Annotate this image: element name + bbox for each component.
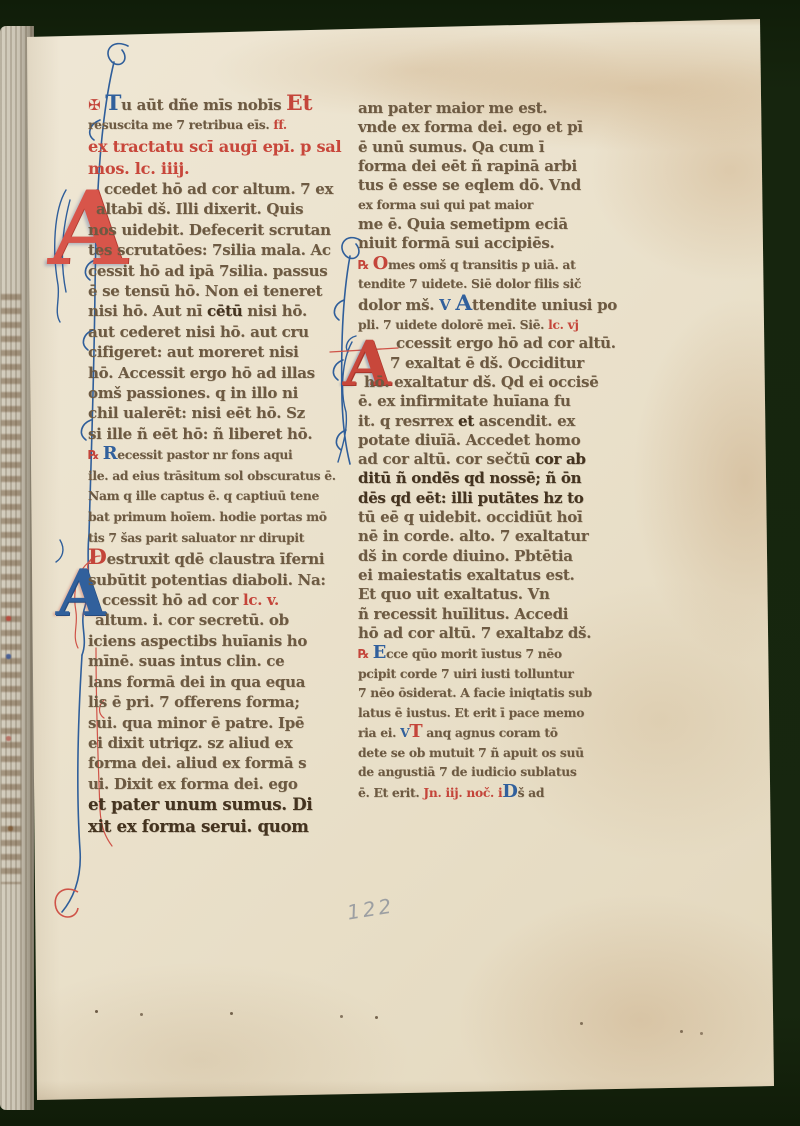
- text-segment: E: [373, 642, 386, 663]
- text-segment: A: [455, 291, 472, 316]
- text-segment: D: [88, 545, 107, 570]
- text-segment: ccessit ergo hō ad cor altū.: [396, 334, 616, 352]
- text-segment: et: [458, 412, 474, 430]
- text-line: 7 nēo ōsiderat. A facie iniqtatis sub: [358, 683, 726, 703]
- text-line: pli. 7 uidete dolorē meī. Siē. lc. vj: [358, 315, 726, 335]
- text-line: ccedet hō ad cor altum. 7 ex: [88, 179, 360, 199]
- initial-a1-blue-penwork: [55, 190, 70, 562]
- text-line: et pater unum sumus. Di: [88, 794, 360, 815]
- text-line: subūtit potentias diaboli. Na:: [88, 570, 360, 590]
- text-segment: altum. i. cor secretū. ob: [95, 611, 289, 629]
- text-segment: ē. Et erit.: [358, 785, 423, 800]
- text-segment: dēs qd eēt: illi putātes hz to: [358, 489, 583, 507]
- text-segment: niuit formā sui accipiēs.: [358, 234, 554, 252]
- text-segment: chil ualerēt: nisi eēt hō. Sz: [88, 404, 305, 422]
- text-segment: Et quo uit exaltatus. Vn: [358, 585, 550, 603]
- text-segment: altabī dš. Illi dixerit. Quis: [96, 200, 303, 218]
- text-segment: ē unū sumus. Qa cum ī: [358, 138, 544, 156]
- text-line: potate diuīā. Accedet homo: [358, 431, 726, 450]
- text-segment: cifigeret: aut moreret nisi: [88, 343, 299, 361]
- text-line: ile. ad eius trāsitum sol obscuratus ē.: [88, 466, 360, 487]
- text-segment: ascendit. ex: [474, 412, 575, 430]
- text-segment: mes omš q transitis p uiā. at: [388, 257, 576, 272]
- text-line: ē unū sumus. Qa cum ī: [358, 138, 726, 157]
- text-segment: nos uidebit. Defecerit scrutan: [88, 221, 331, 239]
- text-segment: potate diuīā. Accedet homo: [358, 431, 580, 449]
- text-line: Nam q ille captus ē. q captiuū tene: [88, 486, 360, 507]
- text-line: mīnē. suas intus clin. ce: [88, 651, 360, 671]
- text-line: iciens aspectibs huīanis ho: [88, 631, 360, 651]
- text-segment: ad cor altū. cor sečtū: [358, 450, 535, 468]
- text-segment: ex tractatu scī augī epī. p sal: [88, 137, 341, 156]
- text-line: it. q resrrex et ascendit. ex: [358, 412, 726, 431]
- text-line: ei maiestatis exaltatus est.: [358, 566, 726, 585]
- text-line: altum. i. cor secretū. ob: [88, 610, 360, 630]
- text-segment: forma dei eēt ñ rapinā arbi: [358, 157, 577, 175]
- text-line: ē se tensū hō. Non ei teneret: [88, 281, 360, 301]
- text-segment: nisi hō.: [242, 302, 307, 320]
- text-segment: ✠: [88, 96, 105, 114]
- text-segment: nisi hō. Aut nī: [88, 302, 207, 320]
- text-segment: lc. vj: [548, 317, 579, 332]
- text-segment: ria ei.: [358, 725, 400, 740]
- text-line: lans formā dei in qua equa: [88, 672, 360, 692]
- text-line: dete se ob mutuit 7 ñ apuit os suū: [358, 743, 726, 763]
- text-segment: cor ab: [535, 450, 586, 468]
- text-segment: pli. 7 uidete dolorē meī. Siē.: [358, 317, 548, 332]
- text-line: hō. exaltatur dš. Qd ei occisē: [358, 373, 726, 392]
- manuscript-page: A A A ✠ Tu aūt dñe mīs nobīs Etresuscita…: [0, 0, 800, 1126]
- text-segment: sui. qua minor ē patre. Ipē: [88, 714, 304, 732]
- text-line: am pater maior me est.: [358, 99, 726, 118]
- text-segment: tendite 7 uidete. Siē dolor filis sič: [358, 276, 581, 291]
- text-line: ℞ Ecce qūo morit īustus 7 nēo: [358, 643, 726, 664]
- text-segment: V: [439, 296, 455, 314]
- text-column-left: ✠ Tu aūt dñe mīs nobīs Etresuscita me 7 …: [88, 94, 360, 837]
- text-line: lis ē pri. 7 offerens forma;: [88, 692, 360, 712]
- text-line: ei dixit utriqz. sz aliud ex: [88, 733, 360, 753]
- text-segment: ℞: [358, 646, 373, 661]
- text-segment: xit ex forma serui. quom: [88, 816, 309, 836]
- text-segment: de angustiā 7 de iudicio sublatus: [358, 764, 576, 779]
- text-segment: Jn. iij. noč. i: [423, 785, 502, 800]
- text-segment: lc. v.: [243, 591, 279, 609]
- text-segment: T: [105, 91, 121, 116]
- text-segment: me ē. Quia semetipm eciā: [358, 215, 568, 233]
- text-line: sui. qua minor ē patre. Ipē: [88, 713, 360, 733]
- text-segment: 7 nēo ōsiderat. A facie iniqtatis sub: [358, 685, 592, 700]
- text-segment: vnde ex forma dei. ego et pī: [358, 118, 583, 136]
- text-line: tis 7 šas parit saluator nr dirupit: [88, 528, 360, 549]
- text-line: bat primum hoīem. hodie portas mō: [88, 507, 360, 528]
- text-line: de angustiā 7 de iudicio sublatus: [358, 762, 726, 782]
- text-segment: T: [409, 721, 422, 742]
- text-line: forma dei eēt ñ rapinā arbi: [358, 157, 726, 176]
- text-line: xit ex forma serui. quom: [88, 816, 360, 837]
- text-segment: hō. exaltatur dš. Qd ei occisē: [364, 373, 598, 391]
- text-line: ditū ñ ondēs qd nossē; ñ ōn: [358, 469, 726, 488]
- text-segment: tis 7 šas parit saluator nr dirupit: [88, 530, 304, 545]
- text-segment: anq agnus coram tō: [422, 725, 557, 740]
- text-line: ria ei. VT anq agnus coram tō: [358, 722, 726, 743]
- text-segment: Et: [286, 91, 312, 116]
- text-segment: latus ē iustus. Et erit ī pace memo: [358, 705, 584, 720]
- text-line: dolor mš. V Attendite uniusi po: [358, 294, 726, 315]
- text-line: ccessit hō ad cor lc. v.: [88, 590, 360, 610]
- text-line: cessit hō ad ipā 7silia. passus: [88, 261, 360, 281]
- ink-spots-row: [95, 1010, 98, 1013]
- text-segment: ttendite uniusi po: [472, 296, 617, 314]
- text-segment: dš in corde diuino. Pbtētia: [358, 547, 573, 565]
- text-line: nos uidebit. Defecerit scrutan: [88, 220, 360, 240]
- text-segment: hō. Accessit ergo hō ad illas: [88, 364, 315, 382]
- text-line: ui. Dixit ex forma dei. ego: [88, 774, 360, 794]
- text-line: Destruxit qdē claustra īferni: [88, 548, 360, 569]
- text-segment: ē se tensū hō. Non ei teneret: [88, 282, 322, 300]
- text-segment: ℞: [358, 257, 373, 272]
- text-line: Et quo uit exaltatus. Vn: [358, 585, 726, 604]
- text-line: latus ē iustus. Et erit ī pace memo: [358, 703, 726, 723]
- text-line: ccessit ergo hō ad cor altū.: [358, 334, 726, 353]
- text-line: ✠ Tu aūt dñe mīs nobīs Et: [88, 94, 360, 115]
- text-segment: dete se ob mutuit 7 ñ apuit os suū: [358, 745, 584, 760]
- text-line: aut cederet nisi hō. aut cru: [88, 322, 360, 342]
- text-segment: tes scrutatōes: 7silia mala. Ac: [88, 241, 331, 259]
- text-line: dš in corde diuino. Pbtētia: [358, 547, 726, 566]
- text-segment: forma dei. aliud ex formā s: [88, 754, 306, 772]
- text-segment: cessit hō ad ipā 7silia. passus: [88, 262, 327, 280]
- text-segment: u aūt dñe mīs nobīs: [121, 96, 286, 114]
- text-line: ex forma sui qui pat maior: [358, 195, 726, 215]
- text-segment: ile. ad eius trāsitum sol obscuratus ē.: [88, 468, 336, 483]
- text-segment: ei maiestatis exaltatus est.: [358, 566, 574, 584]
- text-segment: aut cederet nisi hō. aut cru: [88, 323, 309, 341]
- text-segment: estruxit qdē claustra īferni: [107, 550, 325, 568]
- text-segment: am pater maior me est.: [358, 99, 547, 117]
- text-line: altabī dš. Illi dixerit. Quis: [88, 199, 360, 219]
- text-segment: ℞: [88, 447, 103, 462]
- text-line: ē. ex infirmitate huīana fu: [358, 392, 726, 411]
- text-segment: it. q resrrex: [358, 412, 458, 430]
- text-segment: R: [103, 443, 118, 464]
- text-line: tū eē q uidebit. occidiūt hoī: [358, 508, 726, 527]
- text-line: omš passiones. q in illo ni: [88, 383, 360, 403]
- text-line: hō. Accessit ergo hō ad illas: [88, 363, 360, 383]
- text-segment: D: [502, 781, 517, 802]
- text-segment: tus ē esse se eqlem dō. Vnd: [358, 176, 581, 194]
- text-segment: ex forma sui qui pat maior: [358, 197, 533, 212]
- text-segment: O: [373, 253, 388, 274]
- text-line: vnde ex forma dei. ego et pī: [358, 118, 726, 137]
- text-segment: dolor mš.: [358, 296, 439, 314]
- text-segment: subūtit potentias diaboli. Na:: [88, 571, 326, 589]
- text-segment: omš passiones. q in illo ni: [88, 384, 298, 402]
- text-line: chil ualerēt: nisi eēt hō. Sz: [88, 403, 360, 423]
- text-line: me ē. Quia semetipm eciā: [358, 215, 726, 234]
- text-segment: ff.: [273, 117, 287, 132]
- text-segment: ē. ex infirmitate huīana fu: [358, 392, 571, 410]
- text-segment: ei dixit utriqz. sz aliud ex: [88, 734, 292, 752]
- text-line: dēs qd eēt: illi putātes hz to: [358, 489, 726, 508]
- text-segment: cētū: [207, 302, 242, 320]
- text-segment: ecessit pastor nr fons aqui: [117, 447, 292, 462]
- text-segment: ui. Dixit ex forma dei. ego: [88, 775, 298, 793]
- text-line: hō ad cor altū. 7 exaltabz dš.: [358, 624, 726, 643]
- text-segment: resuscita me 7 retribua eīs.: [88, 117, 273, 132]
- text-line: ℞ Omes omš q transitis p uiā. at: [358, 254, 726, 275]
- text-segment: lis ē pri. 7 offerens forma;: [88, 693, 300, 711]
- text-line: nē in corde. alto. 7 exaltatur: [358, 527, 726, 546]
- text-line: ad cor altū. cor sečtū cor ab: [358, 450, 726, 469]
- text-line: ℞ Recessit pastor nr fons aqui: [88, 444, 360, 466]
- red-curl-circle: [55, 889, 78, 917]
- text-line: niuit formā sui accipiēs.: [358, 234, 726, 253]
- text-line: tes scrutatōes: 7silia mala. Ac: [88, 240, 360, 260]
- text-segment: V: [400, 725, 409, 740]
- text-line: ē. Et erit. Jn. iij. noč. iDš ad: [358, 782, 726, 803]
- text-segment: et pater unum sumus. Di: [88, 794, 312, 814]
- text-column-right: am pater maior me est.vnde ex forma dei.…: [358, 99, 726, 802]
- text-segment: pcipit corde 7 uiri iusti tolluntur: [358, 666, 574, 681]
- text-line: si ille ñ eēt hō: ñ liberet hō.: [88, 424, 360, 444]
- text-segment: cce qūo morit īustus 7 nēo: [386, 646, 562, 661]
- text-line: mos. lc. iiij.: [88, 158, 360, 180]
- text-segment: ccessit hō ad cor: [102, 591, 243, 609]
- text-segment: 7 exaltat ē dš. Occiditur: [390, 354, 584, 372]
- text-line: forma dei. aliud ex formā s: [88, 753, 360, 773]
- text-line: nisi hō. Aut nī cētū nisi hō.: [88, 301, 360, 321]
- text-segment: tū eē q uidebit. occidiūt hoī: [358, 508, 582, 526]
- text-segment: ditū ñ ondēs qd nossē; ñ ōn: [358, 469, 581, 487]
- text-segment: mos. lc. iiij.: [88, 159, 189, 178]
- text-line: resuscita me 7 retribua eīs. ff.: [88, 115, 360, 136]
- text-line: pcipit corde 7 uiri iusti tolluntur: [358, 664, 726, 684]
- text-segment: bat primum hoīem. hodie portas mō: [88, 509, 327, 524]
- text-line: 7 exaltat ē dš. Occiditur: [358, 354, 726, 373]
- text-segment: lans formā dei in qua equa: [88, 673, 305, 691]
- text-segment: iciens aspectibs huīanis ho: [88, 632, 307, 650]
- text-segment: nē in corde. alto. 7 exaltatur: [358, 527, 589, 545]
- text-line: ñ recessit huīlitus. Accedi: [358, 605, 726, 624]
- text-line: cifigeret: aut moreret nisi: [88, 342, 360, 362]
- text-segment: Nam q ille captus ē. q captiuū tene: [88, 488, 319, 503]
- text-line: ex tractatu scī augī epī. p sal: [88, 136, 360, 158]
- underlying-page-text-bleed: [1, 294, 21, 884]
- text-segment: hō ad cor altū. 7 exaltabz dš.: [358, 624, 591, 642]
- text-segment: ñ recessit huīlitus. Accedi: [358, 605, 568, 623]
- text-segment: si ille ñ eēt hō: ñ liberet hō.: [88, 425, 312, 443]
- text-line: tendite 7 uidete. Siē dolor filis sič: [358, 274, 726, 294]
- text-line: tus ē esse se eqlem dō. Vnd: [358, 176, 726, 195]
- underlying-page-color-marks: [6, 616, 11, 621]
- text-segment: š ad: [518, 785, 545, 800]
- text-segment: ccedet hō ad cor altum. 7 ex: [104, 180, 333, 198]
- text-segment: mīnē. suas intus clin. ce: [88, 652, 284, 670]
- pencil-folio-number: 122: [345, 893, 395, 924]
